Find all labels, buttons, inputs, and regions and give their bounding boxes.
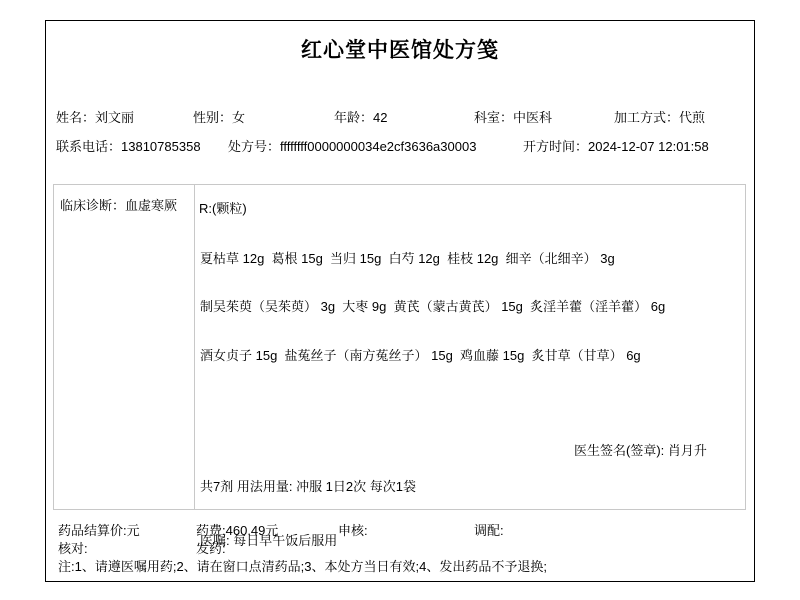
dispense-field: 发药: (196, 542, 226, 556)
diagnosis-label: 临床诊断： (60, 198, 125, 213)
patient-gender-label: 性别： (193, 110, 232, 125)
patient-name-value: 刘文丽 (95, 110, 134, 125)
settlement-price-field: 药品结算价:元 (58, 524, 140, 538)
prescription-number-label: 处方号： (228, 139, 280, 154)
footer-note: 注:1、请遵医嘱用药;2、请在窗口点清药品;3、本处方当日有效;4、发出药品不予… (58, 560, 748, 574)
phone-value: 13810785358 (121, 139, 201, 154)
medicine-fee-label: 药费: (196, 523, 226, 538)
dispense-label: 发药: (196, 541, 226, 556)
prescription-sheet: 红心堂中医馆处方笺 姓名：刘文丽 性别：女 年龄：42 科室：中医科 加工方式：… (45, 20, 755, 582)
diagnosis-field: 临床诊断：血虚寒厥 (60, 195, 190, 214)
herb-line-1: 夏枯草 12g 葛根 15g 当归 15g 白芍 12g 桂枝 12g 细辛（北… (200, 248, 740, 267)
patient-name-label: 姓名： (56, 110, 95, 125)
herb-line-3: 酒女贞子 15g 盐菟丝子（南方菟丝子） 15g 鸡血藤 15g 炙甘草（甘草）… (200, 345, 740, 364)
patient-name-field: 姓名：刘文丽 (56, 107, 134, 126)
patient-gender-field: 性别：女 (193, 107, 245, 126)
patient-gender-value: 女 (232, 110, 245, 125)
doctor-signature: 医生签名(签章): 肖月升 (574, 442, 726, 460)
patient-department-value: 中医科 (513, 110, 552, 125)
phone-field: 联系电话：13810785358 (56, 136, 201, 155)
patient-age-field: 年龄：42 (334, 107, 387, 126)
check-field: 核对: (58, 542, 88, 556)
dispense-prep-field: 调配: (474, 524, 504, 538)
patient-department-label: 科室： (474, 110, 513, 125)
medicine-fee-value: 460.49元 (226, 523, 279, 538)
issue-time-label: 开方时间： (523, 139, 588, 154)
settlement-price-value: 元 (127, 523, 140, 538)
dispense-prep-label: 调配: (474, 523, 504, 538)
diagnosis-value: 血虚寒厥 (125, 198, 177, 213)
check-label: 核对: (58, 541, 88, 556)
patient-department-field: 科室：中医科 (474, 107, 552, 126)
prescription-number-field: 处方号：ffffffff0000000034e2cf3636a30003 (228, 136, 476, 155)
settlement-price-label: 药品结算价: (58, 523, 127, 538)
prescription-number-value: ffffffff0000000034e2cf3636a30003 (280, 139, 476, 154)
processing-method-label: 加工方式： (614, 110, 679, 125)
prescription-box: 临床诊断：血虚寒厥 R:(颗粒) 夏枯草 12g 葛根 15g 当归 15g 白… (53, 184, 746, 510)
issue-time-value: 2024-12-07 12:01:58 (588, 139, 709, 154)
issue-time-field: 开方时间：2024-12-07 12:01:58 (523, 136, 709, 155)
rx-header: R:(颗粒) (199, 198, 247, 217)
processing-method-field: 加工方式：代煎 (614, 107, 705, 126)
patient-age-value: 42 (373, 110, 387, 125)
review-field: 申核: (338, 524, 368, 538)
page-title: 红心堂中医馆处方笺 (46, 34, 754, 64)
herb-line-2: 制吴茱萸（吴茱萸） 3g 大枣 9g 黄芪（蒙古黄芪） 15g 炙淫羊藿（淫羊藿… (200, 296, 740, 315)
patient-age-label: 年龄： (334, 110, 373, 125)
processing-method-value: 代煎 (679, 110, 705, 125)
phone-label: 联系电话： (56, 139, 121, 154)
medicine-fee-field: 药费:460.49元 (196, 524, 278, 538)
column-divider (194, 185, 195, 509)
usage-dosage-line: 共7剂 用法用量: 冲服 1日2次 每次1袋 (200, 478, 560, 496)
review-label: 申核: (338, 523, 368, 538)
